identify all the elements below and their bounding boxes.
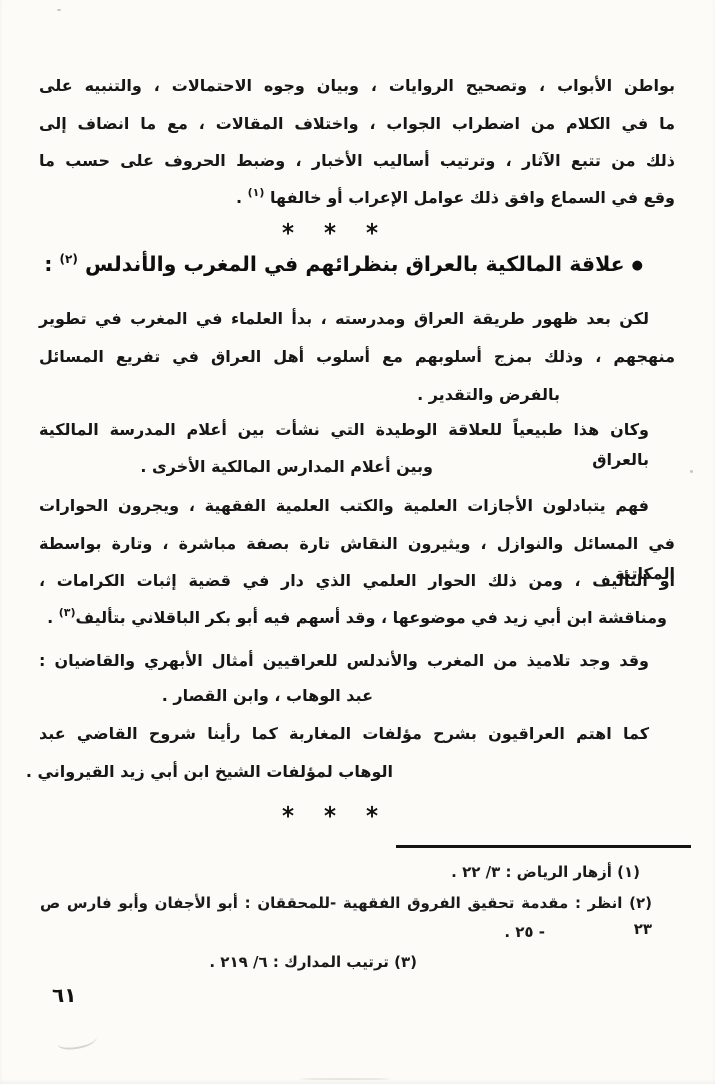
paragraph-line: بواطن الأبواب ، وتصحيح الروايات ، وبيان … bbox=[39, 71, 675, 101]
scan-speck bbox=[690, 470, 693, 473]
asterisk-icon: * bbox=[282, 806, 294, 828]
footnote-marker: (٢) bbox=[60, 252, 78, 266]
asterisk-icon: * bbox=[324, 223, 336, 245]
footnote: (٢) انظر : مقدمة تحقيق الفروق الفقهية -ل… bbox=[40, 890, 652, 942]
asterisk-icon: * bbox=[366, 223, 378, 245]
section-heading: ●علاقة المالكية بالعراق بنظرائهم في المغ… bbox=[44, 252, 643, 276]
pencil-mark bbox=[56, 1030, 98, 1051]
footnote: (٣) ترتيب المدارك : ٦/ ٢١٩ . bbox=[209, 949, 417, 975]
bullet-icon: ● bbox=[632, 258, 643, 273]
section-separator: * * * bbox=[10, 224, 650, 244]
paragraph-line: عبد الوهاب ، وابن القصار . bbox=[162, 681, 373, 711]
scan-speck bbox=[57, 9, 61, 11]
scan-speck bbox=[300, 1078, 390, 1080]
line-text: وقع في السماع وافق ذلك عوامل الإعراب أو … bbox=[270, 188, 675, 207]
section-separator: * * * bbox=[10, 807, 650, 827]
line-text: . bbox=[236, 188, 242, 207]
paragraph-line: بالفرض والتقدير . bbox=[417, 380, 560, 410]
asterisk-icon: * bbox=[366, 806, 378, 828]
paragraph-line: وقد وجد تلاميذ من المغرب والأندلس للعراق… bbox=[39, 646, 675, 676]
asterisk-icon: * bbox=[282, 223, 294, 245]
footnote-marker: (٣) bbox=[59, 606, 76, 619]
heading-colon: : bbox=[44, 252, 52, 276]
paragraph-line: أو التأليف ، ومن ذلك الحوار العلمي الذي … bbox=[39, 566, 675, 596]
paragraph-line: ومناقشة ابن أبي زيد في موضوعها ، وقد أسه… bbox=[47, 603, 667, 635]
paragraph-line: كما اهتم العراقيون بشرح مؤلفات المغاربة … bbox=[39, 719, 675, 749]
paragraph-line: ما في الكلام من اضطراب الجواب ، واختلاف … bbox=[39, 109, 675, 139]
paragraph-line: الوهاب لمؤلفات الشيخ ابن أبي زيد القيروا… bbox=[26, 757, 393, 787]
page-number: ٦١ bbox=[52, 983, 76, 1007]
paragraph-line: وقع في السماع وافق ذلك عوامل الإعراب أو … bbox=[236, 183, 675, 215]
paragraph-line: ذلك من تتبع الآثار ، وترتيب أساليب الأخب… bbox=[39, 146, 675, 176]
footnote-marker: (١) bbox=[248, 186, 265, 199]
line-text: ومناقشة ابن أبي زيد في موضوعها ، وقد أسه… bbox=[76, 608, 667, 627]
line-text: . bbox=[47, 608, 53, 627]
footnote-divider bbox=[396, 845, 691, 848]
paragraph-line: وبين أعلام المدارس المالكية الأخرى . bbox=[140, 452, 433, 482]
footnote: - ٢٥ . bbox=[504, 919, 545, 945]
paragraph-line: فهم يتبادلون الأجازات العلمية والكتب الع… bbox=[39, 491, 675, 521]
heading-text: علاقة المالكية بالعراق بنظرائهم في المغر… bbox=[85, 252, 625, 276]
scanned-book-page: بواطن الأبواب ، وتصحيح الروايات ، وبيان … bbox=[0, 0, 715, 1084]
paragraph-line: منهجهم ، وذلك بمزج أسلوبهم مع أسلوب أهل … bbox=[39, 342, 675, 372]
asterisk-icon: * bbox=[324, 806, 336, 828]
paragraph-line: لكن بعد ظهور طريقة العراق ومدرسته ، بدأ … bbox=[39, 304, 675, 334]
footnote: (١) أزهار الرياض : ٣/ ٢٢ . bbox=[451, 859, 640, 885]
